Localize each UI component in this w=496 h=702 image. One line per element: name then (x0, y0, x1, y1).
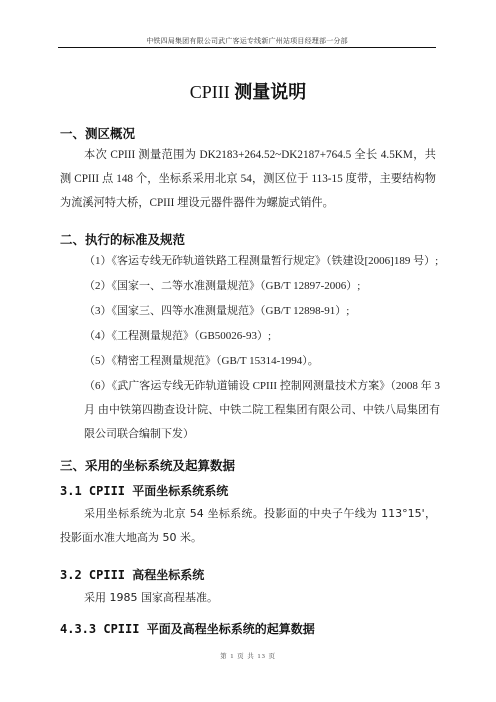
document-page: 中铁四局集团有限公司武广客运专线新广州站项目经理部一分部 CPIII 测量说明 … (0, 0, 496, 702)
standard-item-5: （5）《精密工程测量规范》（GB/T 15314-1994）。 (84, 349, 440, 373)
section-3-2-heading: 3.2 CPIII 高程坐标系统 (60, 566, 204, 583)
section-3-2-body: 采用 1985 国家高程基准。 (60, 586, 436, 610)
section-4-3-3-heading: 4.3.3 CPIII 平面及高程坐标系统的起算数据 (60, 620, 315, 637)
section-1-body: 本次 CPIII 测量范围为 DK2183+264.52~DK2187+764.… (60, 143, 436, 215)
section-3-1-body: 采用坐标系统为北京 54 坐标系统。投影面的中央子午线为 113°15'，投影面… (60, 502, 436, 550)
page-footer: 第 1 页 共 13 页 (0, 651, 496, 660)
section-1-heading: 一、测区概况 (60, 124, 135, 142)
standard-item-4: （4）《工程测量规范》（GB50026-93）; (84, 324, 440, 348)
section-2-heading: 二、执行的标准及规范 (60, 230, 185, 248)
standard-item-1: （1）《客运专线无砟轨道铁路工程测量暂行规定》（铁建设[2006]189 号）; (84, 249, 440, 273)
title-prefix: CPIII (190, 82, 230, 102)
running-header: 中铁四局集团有限公司武广客运专线新广州站项目经理部一分部 (58, 36, 436, 46)
standard-item-3: （3）《国家三、四等水准测量规范》（GB/T 12898-91）; (84, 299, 440, 323)
header-rule (58, 47, 436, 48)
section-3-heading: 三、采用的坐标系统及起算数据 (60, 456, 235, 474)
section-3-1-heading: 3.1 CPIII 平面坐标系统系统 (60, 482, 228, 499)
title-main: 测量说明 (234, 82, 306, 102)
standard-item-2: （2）《国家一、二等水准测量规范》（GB/T 12897-2006）; (84, 274, 440, 298)
document-title: CPIII 测量说明 (0, 78, 496, 104)
standard-item-6: （6）《武广客运专线无砟轨道铺设 CPIII 控制网测量技术方案》（2008 年… (84, 374, 440, 446)
